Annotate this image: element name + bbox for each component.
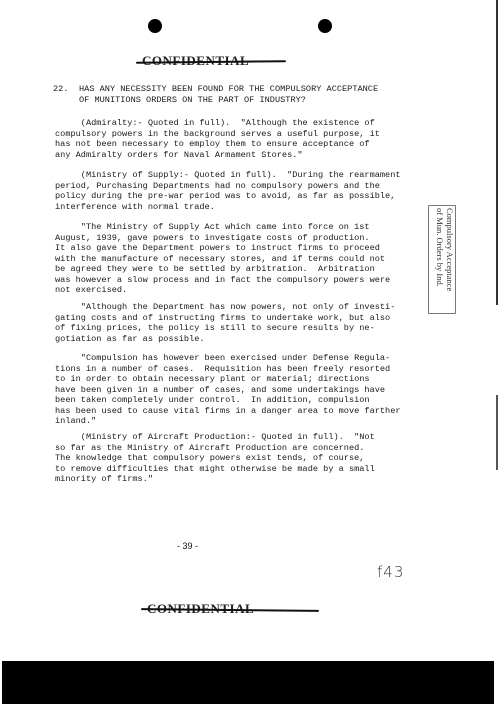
text-line: to in order to obtain necessary plant or… [55, 374, 375, 385]
paragraph-ministry-of-supply: (Ministry of Supply:- Quoted in full). "… [55, 170, 375, 212]
paragraph-department-powers: "Although the Department has now powers,… [55, 302, 375, 344]
footer-classification-stamp: CONFIDENTIAL [147, 601, 254, 617]
text-line: August, 1939, gave powers to investigate… [55, 233, 375, 244]
text-line: policy during the pre-war period was to … [55, 191, 375, 202]
text-line: with the manufacture of necessary stores… [55, 254, 375, 265]
paragraph-supply-act: "The Ministry of Supply Act which came i… [55, 222, 375, 296]
margin-label-line-2: of Mun. Orders by Ind. [435, 208, 445, 291]
text-line: has been used to cause vital firms in a … [55, 406, 375, 417]
text-line: not exercised. [55, 285, 375, 296]
text-line: "The Ministry of Supply Act which came i… [55, 222, 375, 233]
page-number: - 39 - [177, 541, 198, 551]
text-line: be agreed they were to be settled by arb… [55, 264, 375, 275]
text-line: tions in a number of cases. Requisition … [55, 364, 375, 375]
punch-hole-right [318, 19, 332, 33]
header-classification-stamp: CONFIDENTIAL [142, 53, 249, 69]
text-line: It also gave the Department powers to in… [55, 243, 375, 254]
document-page: CONFIDENTIAL 22. HAS ANY NECESSITY BEEN … [0, 0, 500, 704]
text-line: gotiation as far as possible. [55, 334, 375, 345]
text-line: has not been necessary to employ them to… [55, 139, 375, 150]
text-line: period, Purchasing Departments had no co… [55, 181, 375, 192]
text-line: minority of firms." [55, 474, 375, 485]
scan-edge-line [496, 395, 498, 470]
text-line: compulsory powers in the background serv… [55, 129, 375, 140]
text-line: so far as the Ministry of Aircraft Produ… [55, 443, 375, 454]
question-number: 22. [53, 84, 68, 95]
text-line: The knowledge that compulsory powers exi… [55, 453, 375, 464]
text-line: interference with normal trade. [55, 202, 375, 213]
text-line: (Admiralty:- Quoted in full). "Although … [55, 118, 375, 129]
question-text: HAS ANY NECESSITY BEEN FOUND FOR THE COM… [79, 84, 383, 105]
margin-subject-label: Compulsory Acceptance of Mun. Orders by … [428, 205, 456, 314]
scan-black-border [2, 661, 494, 704]
text-line: of fixing prices, the policy is still to… [55, 323, 375, 334]
punch-hole-left [148, 19, 162, 33]
text-line: "Compulsion has however been exercised u… [55, 353, 375, 364]
paragraph-compulsion: "Compulsion has however been exercised u… [55, 353, 375, 427]
text-line: any Admiralty orders for Naval Armament … [55, 150, 375, 161]
text-line: been taken completely under control. In … [55, 395, 375, 406]
paragraph-aircraft-production: (Ministry of Aircraft Production:- Quote… [55, 432, 375, 485]
question-heading: 22. HAS ANY NECESSITY BEEN FOUND FOR THE… [53, 84, 383, 105]
text-line: (Ministry of Supply:- Quoted in full). "… [55, 170, 375, 181]
text-line: inland." [55, 416, 375, 427]
text-line: gating costs and of instructing firms to… [55, 313, 375, 324]
paragraph-admiralty: (Admiralty:- Quoted in full). "Although … [55, 118, 375, 160]
text-line: (Ministry of Aircraft Production:- Quote… [55, 432, 375, 443]
text-line: was however a slow process and in fact t… [55, 275, 375, 286]
text-line: "Although the Department has now powers,… [55, 302, 375, 313]
handwritten-folio-number: f43 [377, 563, 404, 581]
scan-edge-line [496, 0, 498, 305]
margin-label-line-1: Compulsory Acceptance [445, 208, 455, 291]
text-line: to remove difficulties that might otherw… [55, 464, 375, 475]
margin-label-text: Compulsory Acceptance of Mun. Orders by … [435, 208, 455, 291]
text-line: have been given in a number of cases, an… [55, 385, 375, 396]
